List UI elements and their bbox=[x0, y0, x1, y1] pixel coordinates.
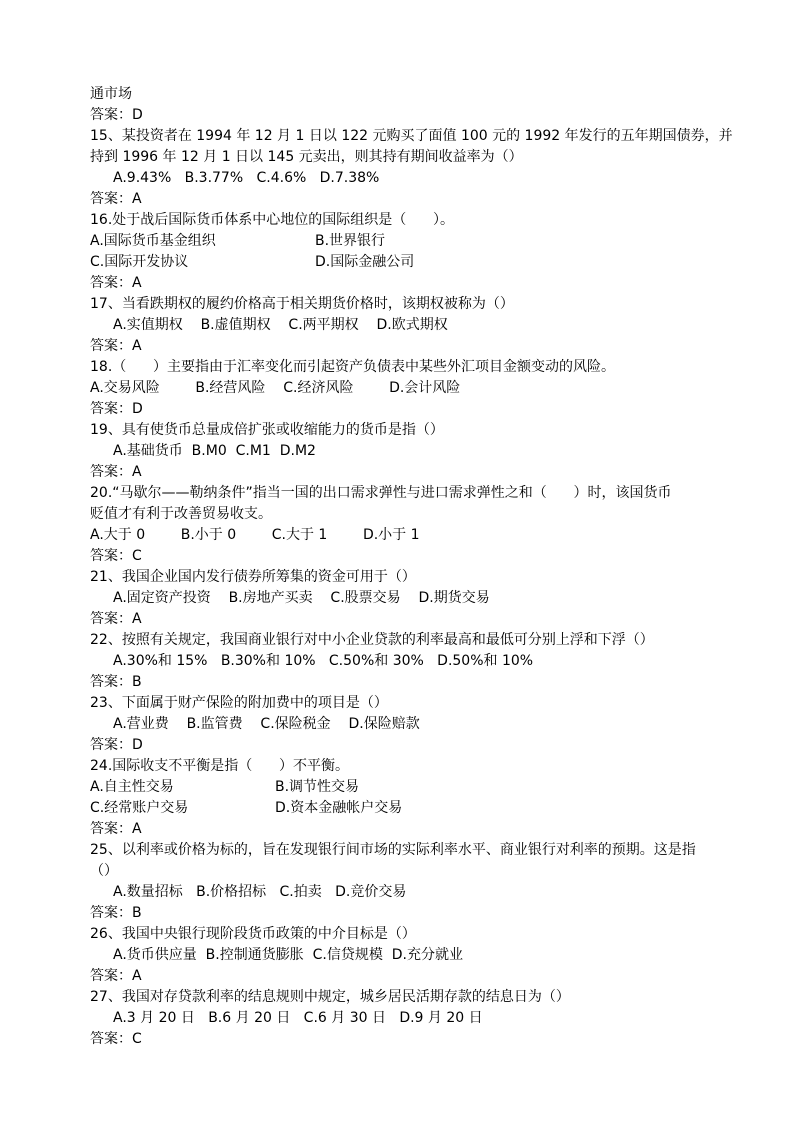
options-line: A.30%和 15% B.30%和 10% C.50%和 30% D.50%和 … bbox=[90, 651, 738, 672]
answer-line: 答案：D bbox=[90, 399, 738, 420]
option-column: B.世界银行 bbox=[315, 231, 385, 252]
answer-line: 答案：A bbox=[90, 336, 738, 357]
options-line: A.国际货币基金组织B.世界银行 bbox=[90, 231, 738, 252]
answer-line: 答案：A bbox=[90, 609, 738, 630]
question-line: 23、下面属于财产保险的附加费中的项目是（） bbox=[90, 693, 738, 714]
answer-line: 答案：A bbox=[90, 273, 738, 294]
options-line: A.数量招标 B.价格招标 C.拍卖 D.竞价交易 bbox=[90, 882, 738, 903]
question-line: 16.处于战后国际货币体系中心地位的国际组织是（ ）。 bbox=[90, 210, 738, 231]
continuation-line: 贬值才有利于改善贸易收支。 bbox=[90, 504, 738, 525]
answer-line: 答案：A bbox=[90, 966, 738, 987]
options-line: A.3 月 20 日 B.6 月 20 日 C.6 月 30 日 D.9 月 2… bbox=[90, 1008, 738, 1029]
question-line: 22、按照有关规定，我国商业银行对中小企业贷款的利率最高和最低可分别上浮和下浮（… bbox=[90, 630, 738, 651]
question-line: 19、具有使货币总量成倍扩张或收缩能力的货币是指（） bbox=[90, 420, 738, 441]
options-line: A.实值期权 B.虚值期权 C.两平期权 D.欧式期权 bbox=[90, 315, 738, 336]
options-line: A.营业费 B.监管费 C.保险税金 D.保险赔款 bbox=[90, 714, 738, 735]
question-line: 27、我国对存贷款利率的结息规则中规定，城乡居民活期存款的结息日为（） bbox=[90, 987, 738, 1008]
options-line: A.大于 0 B.小于 0 C.大于 1 D.小于 1 bbox=[90, 525, 738, 546]
question-line: 25、以利率或价格为标的，旨在发现银行间市场的实际利率水平、商业银行对利率的预期… bbox=[90, 840, 738, 861]
document-content: 通市场答案：D15、某投资者在 1994 年 12 月 1 日以 122 元购买… bbox=[90, 84, 738, 1050]
answer-line: 答案：A bbox=[90, 189, 738, 210]
question-line: 21、我国企业国内发行债券所筹集的资金可用于（） bbox=[90, 567, 738, 588]
options-line: A.固定资产投资 B.房地产买卖 C.股票交易 D.期货交易 bbox=[90, 588, 738, 609]
continuation-line: 通市场 bbox=[90, 84, 738, 105]
question-line: 18.（ ）主要指由于汇率变化而引起资产负债表中某些外汇项目金额变动的风险。 bbox=[90, 357, 738, 378]
option-column: C.国际开发协议 bbox=[90, 252, 315, 273]
option-column: D.资本金融帐户交易 bbox=[275, 798, 402, 819]
answer-line: 答案：A bbox=[90, 462, 738, 483]
document-page: 通市场答案：D15、某投资者在 1994 年 12 月 1 日以 122 元购买… bbox=[0, 0, 794, 1123]
option-column: C.经常账户交易 bbox=[90, 798, 275, 819]
options-line: C.经常账户交易D.资本金融帐户交易 bbox=[90, 798, 738, 819]
options-line: A.交易风险 B.经营风险 C.经济风险 D.会计风险 bbox=[90, 378, 738, 399]
option-column: D.国际金融公司 bbox=[315, 252, 414, 273]
options-line: A.9.43% B.3.77% C.4.6% D.7.38% bbox=[90, 168, 738, 189]
options-line: A.货币供应量 B.控制通货膨胀 C.信贷规模 D.充分就业 bbox=[90, 945, 738, 966]
continuation-line: 持到 1996 年 12 月 1 日以 145 元卖出，则其持有期间收益率为（） bbox=[90, 147, 738, 168]
question-line: 15、某投资者在 1994 年 12 月 1 日以 122 元购买了面值 100… bbox=[90, 126, 738, 147]
option-column: A.自主性交易 bbox=[90, 777, 275, 798]
answer-line: 答案：C bbox=[90, 1029, 738, 1050]
answer-line: 答案：B bbox=[90, 672, 738, 693]
options-line: A.基础货币 B.M0 C.M1 D.M2 bbox=[90, 441, 738, 462]
answer-line: 答案：D bbox=[90, 105, 738, 126]
answer-line: 答案：D bbox=[90, 735, 738, 756]
question-line: 20.“马歇尔——勒纳条件”指当一国的出口需求弹性与进口需求弹性之和（ ）时，该… bbox=[90, 483, 738, 504]
answer-line: 答案：A bbox=[90, 819, 738, 840]
options-line: A.自主性交易B.调节性交易 bbox=[90, 777, 738, 798]
answer-line: 答案：C bbox=[90, 546, 738, 567]
option-column: A.国际货币基金组织 bbox=[90, 231, 315, 252]
question-line: 26、我国中央银行现阶段货币政策的中介目标是（） bbox=[90, 924, 738, 945]
answer-line: 答案：B bbox=[90, 903, 738, 924]
continuation-line: （） bbox=[90, 861, 738, 882]
option-column: B.调节性交易 bbox=[275, 777, 359, 798]
question-line: 24.国际收支不平衡是指（ ）不平衡。 bbox=[90, 756, 738, 777]
options-line: C.国际开发协议D.国际金融公司 bbox=[90, 252, 738, 273]
question-line: 17、当看跌期权的履约价格高于相关期货价格时，该期权被称为（） bbox=[90, 294, 738, 315]
